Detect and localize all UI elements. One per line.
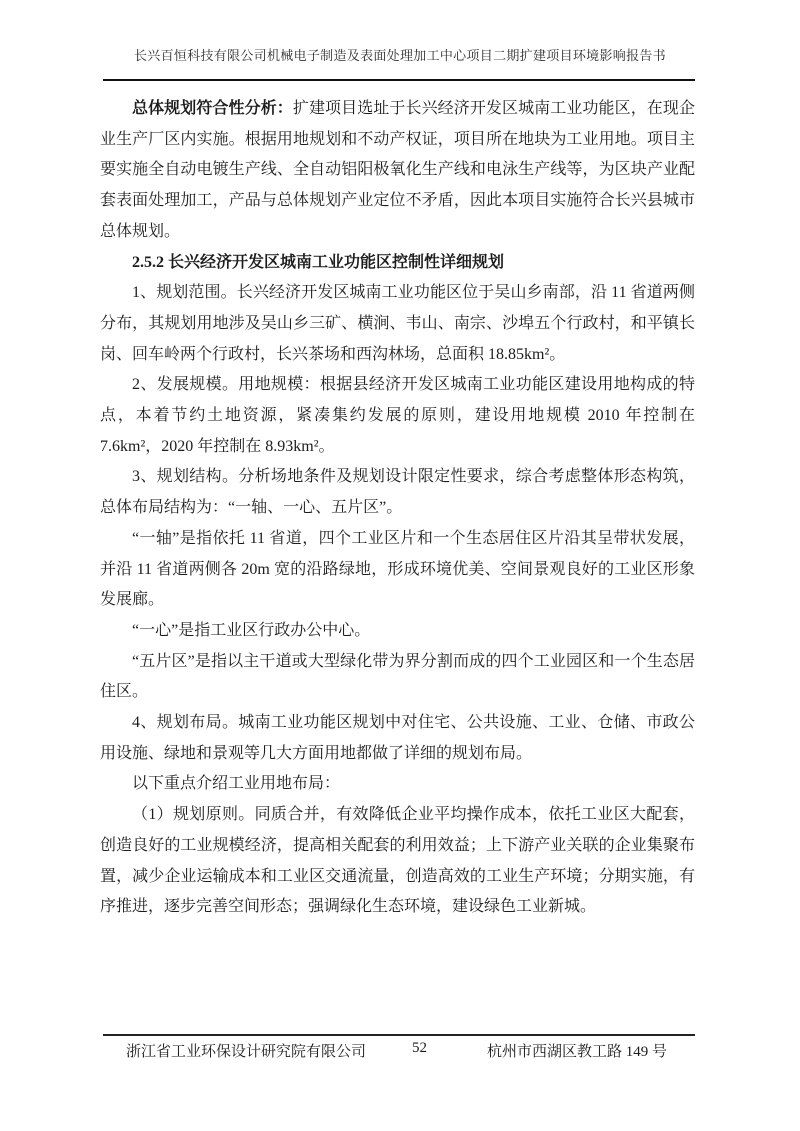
paragraph-planning-scope: 1、规划范围。长兴经济开发区城南工业功能区位于吴山乡南部，沿 11 省道两侧分布… <box>100 278 695 370</box>
paragraph-lead-text: 扩建项目选址于长兴经济开发区城南工业功能区，在现企业生产厂区内实施。根据用地规划… <box>100 100 695 240</box>
paragraph-planning-structure: 3、规划结构。分析场地条件及规划设计限定性要求，综合考虑整体形态构筑，总体布局结… <box>100 462 695 523</box>
footer-page-number: 52 <box>412 1040 427 1057</box>
page-header-title: 长兴百恒科技有限公司机械电子制造及表面处理加工中心项目二期扩建项目环境影响报告书 <box>0 45 800 64</box>
page-footer: 浙江省工业环保设计研究院有限公司 52 杭州市西湖区教工路 149 号 <box>100 1040 695 1064</box>
document-body: 总体规划符合性分析：扩建项目选址于长兴经济开发区城南工业功能区，在现企业生产厂区… <box>100 94 695 923</box>
section-heading-2-5-2: 2.5.2 长兴经济开发区城南工业功能区控制性详细规划 <box>100 248 695 279</box>
header-rule <box>103 79 695 81</box>
paragraph-planning-principles: （1）规划原则。同质合并，有效降低企业平均操作成本，依托工业区大配套，创造良好的… <box>100 800 695 923</box>
paragraph-one-axis: “一轴”是指依托 11 省道，四个工业区片和一个生态居住区片沿其呈带状发展，并沿… <box>100 524 695 616</box>
paragraph-five-districts: “五片区”是指以主干道或大型绿化带为界分割而成的四个工业园区和一个生态居住区。 <box>100 647 695 708</box>
footer-address: 杭州市西湖区教工路 149 号 <box>487 1040 667 1061</box>
footer-rule <box>103 1034 695 1036</box>
paragraph-development-scale: 2、发展规模。用地规模：根据县经济开发区城南工业功能区建设用地构成的特点，本着节… <box>100 370 695 462</box>
paragraph-overall-plan-analysis: 总体规划符合性分析：扩建项目选址于长兴经济开发区城南工业功能区，在现企业生产厂区… <box>100 94 695 248</box>
document-page: 长兴百恒科技有限公司机械电子制造及表面处理加工中心项目二期扩建项目环境影响报告书… <box>0 0 800 1131</box>
paragraph-industrial-land-intro: 以下重点介绍工业用地布局： <box>100 769 695 800</box>
paragraph-lead-bold: 总体规划符合性分析： <box>132 100 293 117</box>
footer-company-name: 浙江省工业环保设计研究院有限公司 <box>126 1040 366 1061</box>
paragraph-planning-layout: 4、规划布局。城南工业功能区规划中对住宅、公共设施、工业、仓储、市政公用设施、绿… <box>100 708 695 769</box>
paragraph-one-center: “一心”是指工业区行政办公中心。 <box>100 616 695 647</box>
